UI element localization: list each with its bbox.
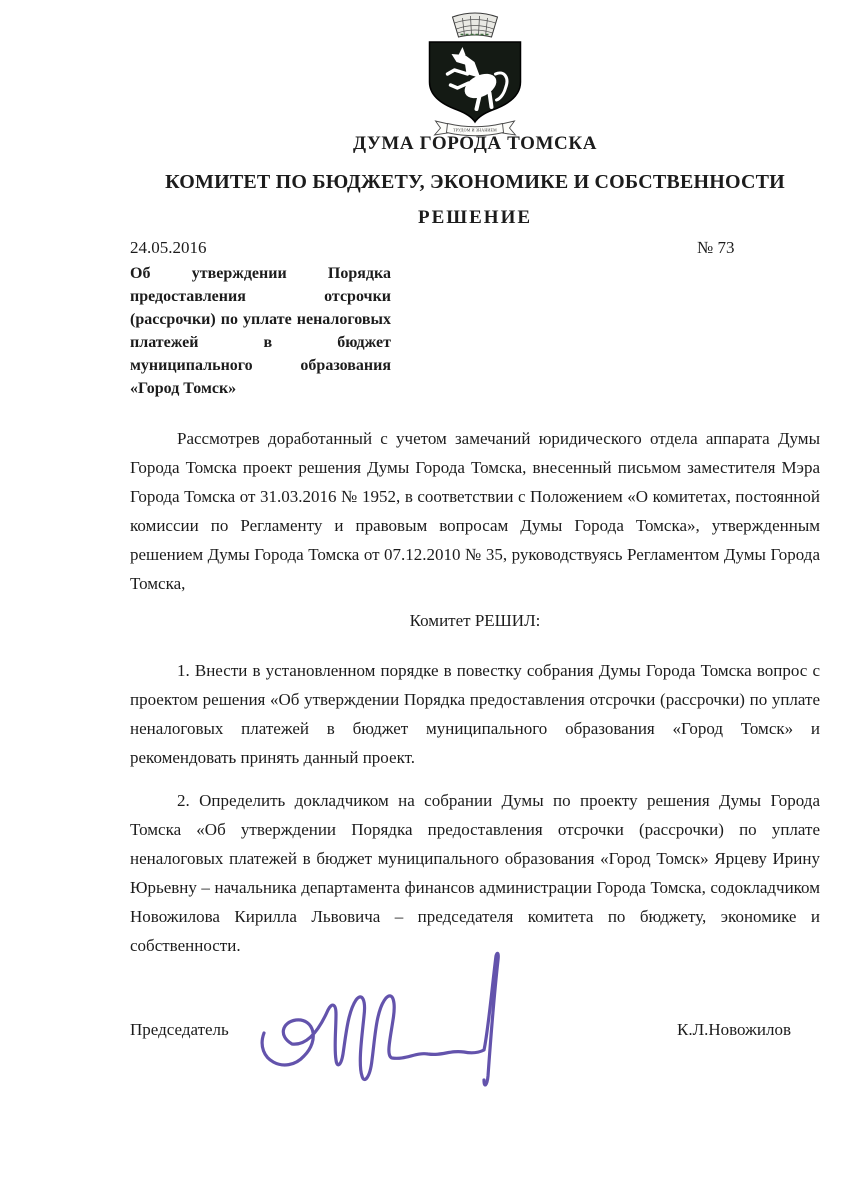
organization-title: ДУМА ГОРОДА ТОМСКА <box>130 133 820 155</box>
signature-icon <box>246 948 511 1093</box>
handwritten-signature <box>246 948 511 1098</box>
document-subject: Об утверждении Порядка предоставления от… <box>130 262 391 400</box>
document-date: 24.05.2016 <box>130 238 207 258</box>
document-page: ТРУДОМ И ЗНАНИЕМ ДУМА ГОРОДА ТОМСКА КОМИ… <box>0 0 843 1192</box>
preamble-paragraph: Рассмотрев доработанный с учетом замечан… <box>130 424 820 598</box>
document-number: № 73 <box>697 238 734 258</box>
mural-crown-icon <box>453 13 498 37</box>
document-type-title: РЕШЕНИЕ <box>130 207 820 229</box>
committee-title: КОМИТЕТ ПО БЮДЖЕТУ, ЭКОНОМИКЕ И СОБСТВЕН… <box>130 171 820 194</box>
resolution-heading: Комитет РЕШИЛ: <box>130 611 820 631</box>
signer-name: К.Л.Новожилов <box>677 1020 791 1040</box>
tomsk-coat-of-arms-icon: ТРУДОМ И ЗНАНИЕМ <box>423 12 528 138</box>
resolution-item-1: 1. Внести в установленном порядке в пове… <box>130 656 820 772</box>
coat-of-arms: ТРУДОМ И ЗНАНИЕМ <box>423 12 528 143</box>
motto-text: ТРУДОМ И ЗНАНИЕМ <box>453 128 497 133</box>
signer-position: Председатель <box>130 1020 229 1040</box>
resolution-item-2: 2. Определить докладчиком на собрании Ду… <box>130 786 820 960</box>
